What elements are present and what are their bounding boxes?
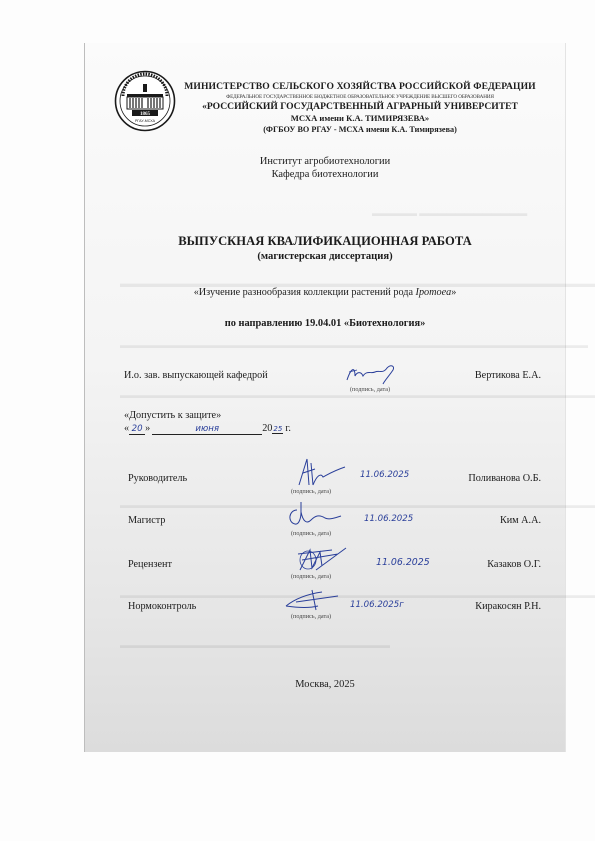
admission-day: 20 [129,424,145,435]
signatory-name: Поливанова О.Б. [468,473,541,484]
topic-suffix: » [451,287,456,298]
document-page [85,43,565,752]
admission-month: июня [152,424,262,435]
signature-caption: (подпись, дата) [291,573,331,580]
handwritten-date: 11.06.2025 [364,514,413,524]
signatory-role: Магистр [128,515,165,526]
study-direction: по направлению 19.04.01 «Биотехнология» [90,318,560,329]
department-name: Кафедра биотехнологии [90,169,560,180]
city-year: Москва, 2025 [90,679,560,690]
signature-norm-control [282,588,340,616]
signature-supervisor [293,455,349,489]
signatory-role: Рецензент [128,559,172,570]
thesis-topic: «Изучение разнообразия коллекции растени… [90,287,560,298]
svg-text:1865: 1865 [140,112,151,117]
handwritten-date: 11.06.2025г [350,600,404,610]
signature-reviewer [292,544,348,574]
handwritten-date: 11.06.2025 [376,557,430,568]
signature-master-student [283,500,343,532]
university-name-line2: МСХА имени К.А. ТИМИРЯЗЕВА» [180,113,540,123]
signatory-name: Киракосян Р.Н. [475,601,541,612]
university-name: «РОССИЙСКИЙ ГОСУДАРСТВЕННЫЙ АГРАРНЫЙ УНИ… [180,101,540,112]
handwritten-date: 11.06.2025 [360,470,409,480]
signatory-name: Ким А.А. [500,515,541,526]
signature-caption: (подпись, дата) [291,488,331,495]
admission-year: 25 [272,425,283,434]
document-subtitle: (магистерская диссертация) [90,251,560,262]
university-emblem-icon: 1865 РГАУ-МСХА [114,70,176,132]
institute-name: Институт агробиотехнологии [90,156,560,167]
topic-genus: Ipomoea [416,287,452,298]
institution-type: ФЕДЕРАЛЬНОЕ ГОСУДАРСТВЕННОЕ БЮДЖЕТНОЕ ОБ… [180,94,540,100]
signatory-role: Руководитель [128,473,187,484]
svg-text:РГАУ-МСХА: РГАУ-МСХА [135,119,156,123]
signature-caption: (подпись, дата) [291,530,331,537]
signatory-name: Казаков О.Г. [487,559,541,570]
signature-head-of-department [343,362,401,386]
signature-caption: (подпись, дата) [350,386,390,393]
ministry-heading: МИНИСТЕРСТВО СЕЛЬСКОГО ХОЗЯЙСТВА РОССИЙС… [180,81,540,92]
admission-date: «20»июня2025г. [124,423,291,435]
signatory-role: Нормоконтроль [128,601,196,612]
university-short-name: (ФГБОУ ВО РГАУ - МСХА имени К.А. Тимиряз… [180,125,540,134]
head-of-department-name: Вертикова Е.А. [475,370,541,381]
approval-role: И.о. зав. выпускающей кафедрой [124,370,268,381]
admit-to-defense-label: «Допустить к защите» [124,410,221,421]
document-title: ВЫПУСКНАЯ КВАЛИФИКАЦИОННАЯ РАБОТА [90,234,560,249]
topic-prefix: «Изучение разнообразия коллекции растени… [194,287,416,298]
signature-caption: (подпись, дата) [291,613,331,620]
